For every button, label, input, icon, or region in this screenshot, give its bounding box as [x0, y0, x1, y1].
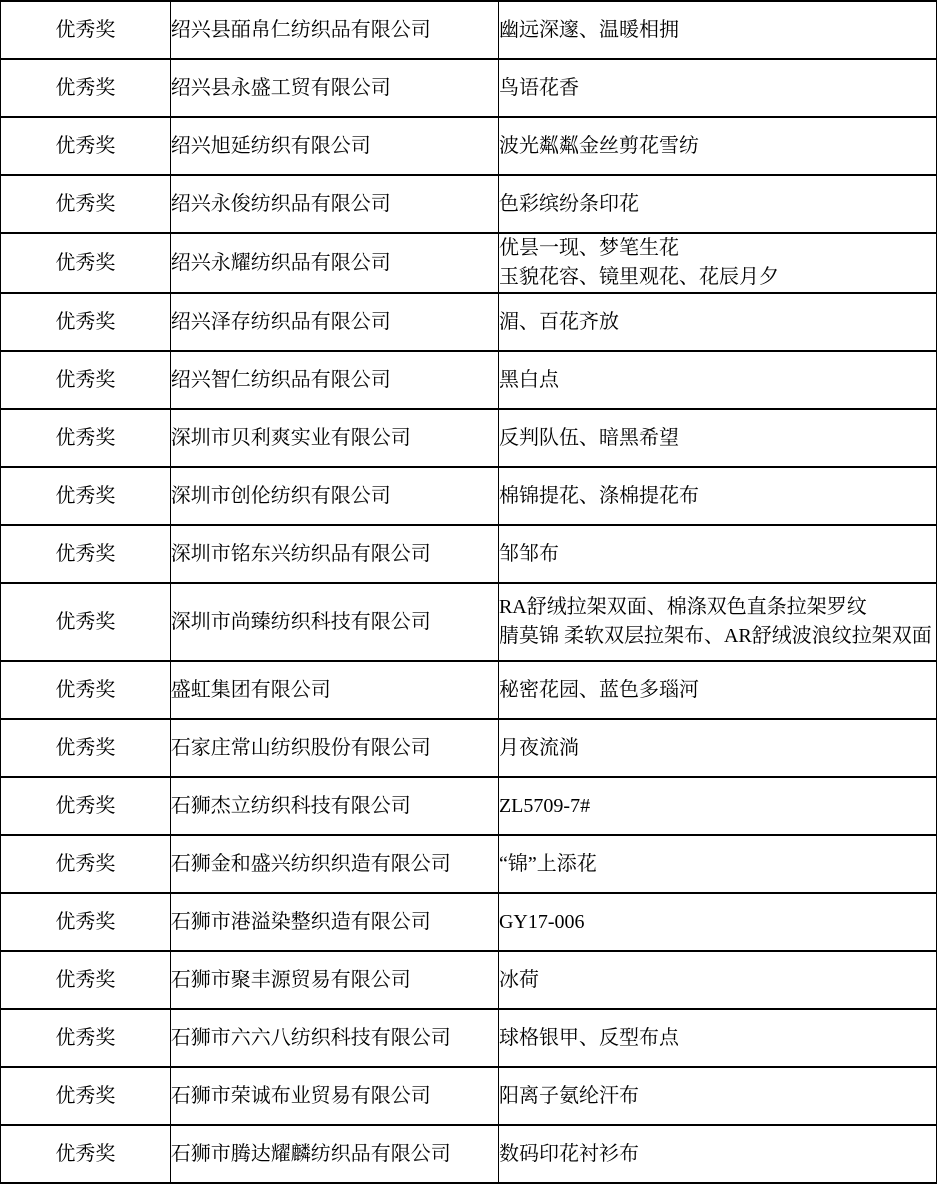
table-row: 优秀奖 盛虹集团有限公司 秘密花园、蓝色多瑙河 — [1, 661, 937, 719]
table-row: 优秀奖 深圳市创伦纺织有限公司 棉锦提花、涤棉提花布 — [1, 467, 937, 525]
table-row: 优秀奖 石狮市腾达耀麟纺织品有限公司 数码印花衬衫布 — [1, 1125, 937, 1183]
works-cell: 球格银甲、反型布点 — [498, 1009, 936, 1067]
works-cell: 幽远深邃、温暖相拥 — [498, 1, 936, 59]
works-cell: 湄、百花齐放 — [498, 293, 936, 351]
table-row: 优秀奖 绍兴永俊纺织品有限公司 色彩缤纷条印花 — [1, 175, 937, 233]
company-cell: 石狮市聚丰源贸易有限公司 — [170, 951, 498, 1009]
work-line: 邹邹布 — [499, 540, 936, 569]
work-line: 腈莫锦 柔软双层拉架布、AR舒绒波浪纹拉架双面 — [499, 622, 936, 651]
company-cell: 石狮市荣诚布业贸易有限公司 — [170, 1067, 498, 1125]
table-row: 优秀奖 深圳市铭东兴纺织品有限公司 邹邹布 — [1, 525, 937, 583]
company-cell: 绍兴永耀纺织品有限公司 — [170, 233, 498, 293]
work-line: 阳离子氨纶汗布 — [499, 1082, 936, 1111]
work-line: 鸟语花香 — [499, 74, 936, 103]
table-row: 优秀奖 深圳市尚臻纺织科技有限公司 RA舒绒拉架双面、棉涤双色直条拉架罗纹 腈莫… — [1, 583, 937, 661]
award-table-body: 优秀奖 绍兴县皕帛仁纺织品有限公司 幽远深邃、温暖相拥 优秀奖 绍兴县永盛工贸有… — [1, 1, 937, 1183]
company-cell: 绍兴县皕帛仁纺织品有限公司 — [170, 1, 498, 59]
award-cell: 优秀奖 — [1, 59, 171, 117]
table-row: 优秀奖 绍兴泽存纺织品有限公司 湄、百花齐放 — [1, 293, 937, 351]
company-cell: 深圳市尚臻纺织科技有限公司 — [170, 583, 498, 661]
award-cell: 优秀奖 — [1, 1125, 171, 1183]
works-cell: 冰荷 — [498, 951, 936, 1009]
award-cell: 优秀奖 — [1, 719, 171, 777]
work-line: 玉貌花容、镜里观花、花辰月夕 — [499, 263, 936, 292]
works-cell: 黑白点 — [498, 351, 936, 409]
award-cell: 优秀奖 — [1, 467, 171, 525]
works-cell: 反判队伍、暗黑希望 — [498, 409, 936, 467]
work-line: 反判队伍、暗黑希望 — [499, 424, 936, 453]
works-cell: GY17-006 — [498, 893, 936, 951]
work-line: 湄、百花齐放 — [499, 308, 936, 337]
company-cell: 绍兴泽存纺织品有限公司 — [170, 293, 498, 351]
works-cell: 波光粼粼金丝剪花雪纺 — [498, 117, 936, 175]
company-cell: 绍兴永俊纺织品有限公司 — [170, 175, 498, 233]
works-cell: 数码印花衬衫布 — [498, 1125, 936, 1183]
work-line: 秘密花园、蓝色多瑙河 — [499, 676, 936, 705]
award-cell: 优秀奖 — [1, 583, 171, 661]
table-row: 优秀奖 石狮金和盛兴纺织织造有限公司 “锦”上添花 — [1, 835, 937, 893]
award-cell: 优秀奖 — [1, 175, 171, 233]
table-row: 优秀奖 绍兴县永盛工贸有限公司 鸟语花香 — [1, 59, 937, 117]
works-cell: 秘密花园、蓝色多瑙河 — [498, 661, 936, 719]
table-row: 优秀奖 石狮市聚丰源贸易有限公司 冰荷 — [1, 951, 937, 1009]
works-cell: 邹邹布 — [498, 525, 936, 583]
works-cell: 鸟语花香 — [498, 59, 936, 117]
works-cell: RA舒绒拉架双面、棉涤双色直条拉架罗纹 腈莫锦 柔软双层拉架布、AR舒绒波浪纹拉… — [498, 583, 936, 661]
company-cell: 绍兴县永盛工贸有限公司 — [170, 59, 498, 117]
work-line: “锦”上添花 — [499, 850, 936, 879]
work-line: RA舒绒拉架双面、棉涤双色直条拉架罗纹 — [499, 593, 936, 622]
company-cell: 石狮市六六八纺织科技有限公司 — [170, 1009, 498, 1067]
award-cell: 优秀奖 — [1, 835, 171, 893]
award-cell: 优秀奖 — [1, 409, 171, 467]
company-cell: 石狮金和盛兴纺织织造有限公司 — [170, 835, 498, 893]
award-cell: 优秀奖 — [1, 525, 171, 583]
company-cell: 石狮杰立纺织科技有限公司 — [170, 777, 498, 835]
work-line: 数码印花衬衫布 — [499, 1140, 936, 1169]
company-cell: 石狮市腾达耀麟纺织品有限公司 — [170, 1125, 498, 1183]
works-cell: “锦”上添花 — [498, 835, 936, 893]
works-cell: 色彩缤纷条印花 — [498, 175, 936, 233]
work-line: 优昙一现、梦笔生花 — [499, 234, 936, 263]
award-cell: 优秀奖 — [1, 293, 171, 351]
award-cell: 优秀奖 — [1, 351, 171, 409]
table-row: 优秀奖 绍兴智仁纺织品有限公司 黑白点 — [1, 351, 937, 409]
company-cell: 深圳市创伦纺织有限公司 — [170, 467, 498, 525]
table-row: 优秀奖 绍兴旭延纺织有限公司 波光粼粼金丝剪花雪纺 — [1, 117, 937, 175]
award-cell: 优秀奖 — [1, 117, 171, 175]
table-row: 优秀奖 绍兴县皕帛仁纺织品有限公司 幽远深邃、温暖相拥 — [1, 1, 937, 59]
table-row: 优秀奖 石狮市港溢染整织造有限公司 GY17-006 — [1, 893, 937, 951]
company-cell: 石家庄常山纺织股份有限公司 — [170, 719, 498, 777]
table-row: 优秀奖 深圳市贝利爽实业有限公司 反判队伍、暗黑希望 — [1, 409, 937, 467]
works-cell: ZL5709-7# — [498, 777, 936, 835]
work-line: 棉锦提花、涤棉提花布 — [499, 482, 936, 511]
award-table: 优秀奖 绍兴县皕帛仁纺织品有限公司 幽远深邃、温暖相拥 优秀奖 绍兴县永盛工贸有… — [0, 0, 937, 1184]
work-line: 幽远深邃、温暖相拥 — [499, 16, 936, 45]
company-cell: 深圳市铭东兴纺织品有限公司 — [170, 525, 498, 583]
company-cell: 绍兴旭延纺织有限公司 — [170, 117, 498, 175]
award-cell: 优秀奖 — [1, 233, 171, 293]
company-cell: 深圳市贝利爽实业有限公司 — [170, 409, 498, 467]
table-row: 优秀奖 绍兴永耀纺织品有限公司 优昙一现、梦笔生花 玉貌花容、镜里观花、花辰月夕 — [1, 233, 937, 293]
work-line: 色彩缤纷条印花 — [499, 190, 936, 219]
table-row: 优秀奖 石家庄常山纺织股份有限公司 月夜流淌 — [1, 719, 937, 777]
work-line: 波光粼粼金丝剪花雪纺 — [499, 132, 936, 161]
table-row: 优秀奖 石狮市荣诚布业贸易有限公司 阳离子氨纶汗布 — [1, 1067, 937, 1125]
work-line: 球格银甲、反型布点 — [499, 1024, 936, 1053]
company-cell: 盛虹集团有限公司 — [170, 661, 498, 719]
work-line: GY17-006 — [499, 908, 936, 937]
works-cell: 月夜流淌 — [498, 719, 936, 777]
company-cell: 绍兴智仁纺织品有限公司 — [170, 351, 498, 409]
award-cell: 优秀奖 — [1, 1067, 171, 1125]
table-row: 优秀奖 石狮杰立纺织科技有限公司 ZL5709-7# — [1, 777, 937, 835]
work-line: ZL5709-7# — [499, 792, 936, 821]
work-line: 冰荷 — [499, 966, 936, 995]
work-line: 黑白点 — [499, 366, 936, 395]
works-cell: 优昙一现、梦笔生花 玉貌花容、镜里观花、花辰月夕 — [498, 233, 936, 293]
award-cell: 优秀奖 — [1, 893, 171, 951]
award-cell: 优秀奖 — [1, 1, 171, 59]
work-line: 月夜流淌 — [499, 734, 936, 763]
works-cell: 棉锦提花、涤棉提花布 — [498, 467, 936, 525]
table-row: 优秀奖 石狮市六六八纺织科技有限公司 球格银甲、反型布点 — [1, 1009, 937, 1067]
award-cell: 优秀奖 — [1, 1009, 171, 1067]
award-cell: 优秀奖 — [1, 777, 171, 835]
award-cell: 优秀奖 — [1, 661, 171, 719]
company-cell: 石狮市港溢染整织造有限公司 — [170, 893, 498, 951]
award-cell: 优秀奖 — [1, 951, 171, 1009]
works-cell: 阳离子氨纶汗布 — [498, 1067, 936, 1125]
